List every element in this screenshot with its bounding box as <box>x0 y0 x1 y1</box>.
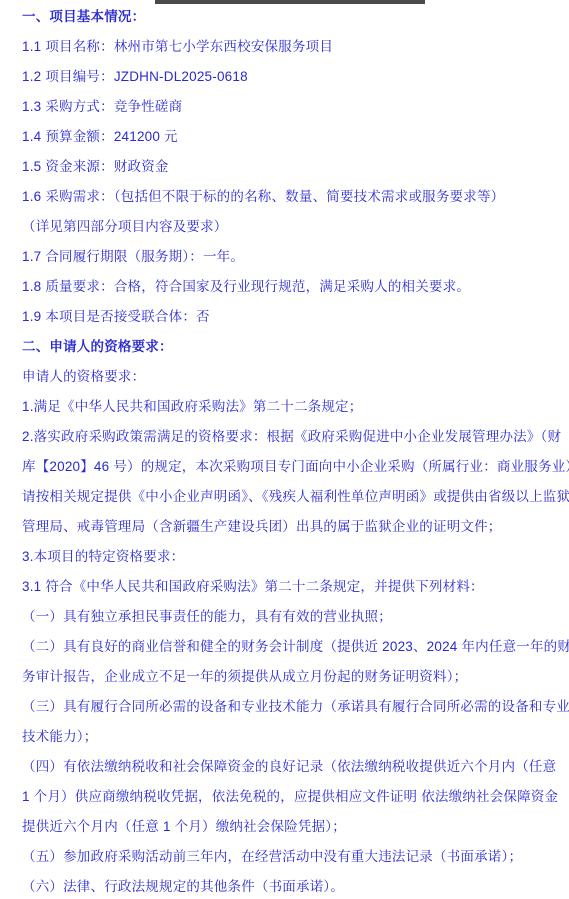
doc-line: 提供近六个月内（任意 1 个月）缴纳社会保险凭据）； <box>22 812 556 842</box>
doc-line: （二）具有良好的商业信誉和健全的财务会计制度（提供近 2023、2024 年内任… <box>22 632 556 662</box>
doc-line: 二、申请人的资格要求： <box>22 332 556 362</box>
doc-line: 1.2 项目编号：JZDHN-DL2025-0618 <box>22 62 556 92</box>
doc-line: 3.1 符合《中华人民共和国政府采购法》第二十二条规定，并提供下列材料： <box>22 572 556 602</box>
doc-line: 申请人的资格要求： <box>22 362 556 392</box>
doc-line: 1.1 项目名称：林州市第七小学东西校安保服务项目 <box>22 32 556 62</box>
doc-line: 2.落实政府采购政策需满足的资格要求：根据《政府采购促进中小企业发展管理办法》（… <box>22 422 556 452</box>
doc-line: （详见第四部分项目内容及要求） <box>22 212 556 242</box>
doc-line: 1.6 采购需求：（包括但不限于标的的名称、数量、简要技术需求或服务要求等） <box>22 182 556 212</box>
doc-line: 1.9 本项目是否接受联合体：否 <box>22 302 556 332</box>
document-page: 一、项目基本情况：1.1 项目名称：林州市第七小学东西校安保服务项目1.2 项目… <box>0 0 569 899</box>
doc-line: 库【2020】46 号）的规定，本次采购项目专门面向中小企业采购（所属行业：商业… <box>22 452 556 482</box>
doc-line: 务审计报告，企业成立不足一年的须提供从成立月份起的财务证明资料）； <box>22 662 556 692</box>
doc-line: 1.3 采购方式：竞争性磋商 <box>22 92 556 122</box>
doc-line: 管理局、戒毒管理局（含新疆生产建设兵团）出具的属于监狱企业的证明文件； <box>22 512 556 542</box>
doc-line: 1.7 合同履行期限（服务期）：一年。 <box>22 242 556 272</box>
doc-line: 1.8 质量要求：合格，符合国家及行业现行规范，满足采购人的相关要求。 <box>22 272 556 302</box>
doc-line: 一、项目基本情况： <box>22 2 556 32</box>
doc-line: （五）参加政府采购活动前三年内，在经营活动中没有重大违法记录（书面承诺）； <box>22 842 556 872</box>
doc-line: 请按相关规定提供《中小企业声明函》、《残疾人福利性单位声明函》或提供由省级以上监… <box>22 482 556 512</box>
doc-line: （三）具有履行合同所必需的设备和专业技术能力（承诺具有履行合同所必需的设备和专业 <box>22 692 556 722</box>
doc-line: （六）法律、行政法规规定的其他条件（书面承诺）。 <box>22 872 556 899</box>
doc-line: 1.5 资金来源：财政资金 <box>22 152 556 182</box>
doc-line: 1.满足《中华人民共和国政府采购法》第二十二条规定； <box>22 392 556 422</box>
doc-line: （一）具有独立承担民事责任的能力，具有有效的营业执照； <box>22 602 556 632</box>
doc-line: 1 个月）供应商缴纳税收凭据，依法免税的，应提供相应文件证明 依法缴纳社会保障资… <box>22 782 556 812</box>
doc-line: （四）有依法缴纳税收和社会保障资金的良好记录（依法缴纳税收提供近六个月内（任意 <box>22 752 556 782</box>
document-body: 一、项目基本情况：1.1 项目名称：林州市第七小学东西校安保服务项目1.2 项目… <box>22 2 556 899</box>
doc-line: 3.本项目的特定资格要求： <box>22 542 556 572</box>
doc-line: 技术能力）； <box>22 722 556 752</box>
doc-line: 1.4 预算金额：241200 元 <box>22 122 556 152</box>
